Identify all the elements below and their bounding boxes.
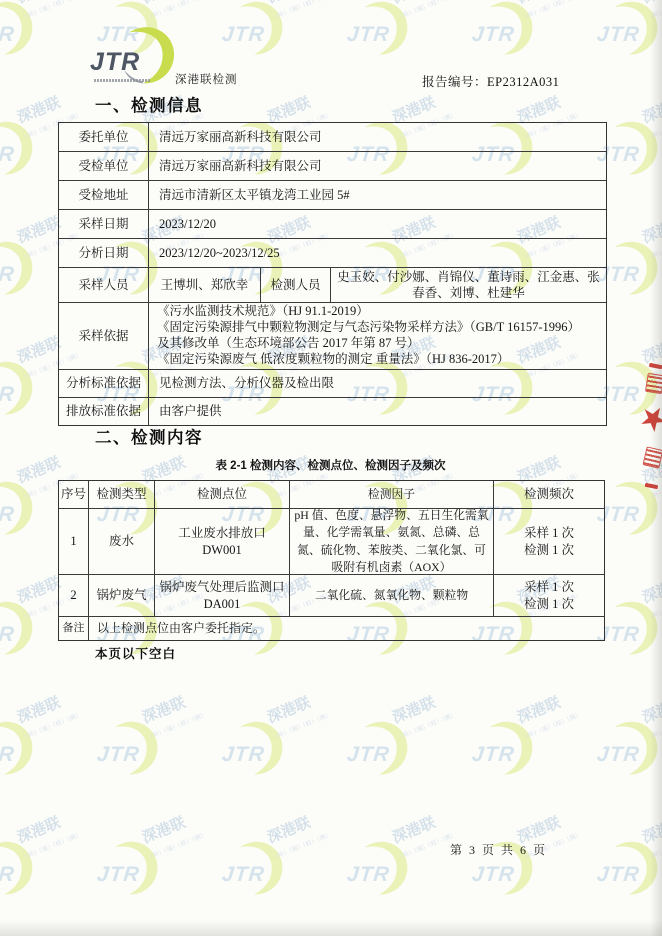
basis-label: 采样依据	[59, 303, 148, 369]
basis-line: 《固定污染源排气中颗粒物测定与气态污染物采样方法》（GB/T 16157-199…	[157, 320, 580, 336]
cell-type: 废水	[88, 509, 154, 574]
report-number: 报告编号：EP2312A031	[422, 72, 559, 90]
logo-company-name: 深港联检测	[175, 71, 238, 87]
watermark-jtr-text: JTR	[346, 863, 391, 887]
watermark-unit: JTR深港联（环）（境）（检）（测）	[0, 815, 95, 935]
watermark-jtr-text: JTR	[596, 863, 641, 887]
watermark-company-text: 深港联	[514, 691, 564, 727]
samplers-label: 采样人员	[59, 268, 148, 302]
watermark-sub-text: （环）（境）（检）（测）	[271, 0, 333, 21]
table2-caption: 表 2-1 检测内容、检测点位、检测因子及频次	[58, 457, 603, 473]
content-table: 序号 检测类型 检测点位 检测因子 检测频次 1 废水 工业废水排放口 DW00…	[58, 480, 605, 641]
row-label: 分析日期	[59, 239, 148, 267]
watermark-jtr-text: JTR	[346, 23, 391, 47]
samplers-names: 王博圳、郑欣幸	[148, 268, 260, 302]
cell-factors: pH 值、色度、悬浮物、五日生化需氧量、化学需氧量、氨氮、总磷、总氮、硫化物、苯…	[289, 509, 493, 574]
note-label: 备注	[59, 617, 88, 640]
watermark-company-text: 深港联	[389, 691, 439, 727]
column-header: 检测频次	[493, 481, 604, 508]
table-row: 受检单位清远万家丽高新科技有限公司	[59, 151, 606, 180]
table-row: 1 废水 工业废水排放口 DW001 pH 值、色度、悬浮物、五日生化需氧量、化…	[59, 508, 604, 574]
cell-frequency: 采样 1 次 检测 1 次	[493, 509, 604, 574]
watermark-unit: JTR深港联（环）（境）（检）（测）	[345, 695, 470, 815]
watermark-company-text: 深港联	[14, 91, 64, 127]
column-header: 检测因子	[289, 481, 493, 508]
watermark-jtr-text: JTR	[96, 743, 141, 767]
table-header-row: 序号 检测类型 检测点位 检测因子 检测频次	[59, 481, 604, 508]
note-value: 以上检测点位由客户委托指定。	[88, 617, 604, 640]
testers-label: 检测人员	[260, 268, 330, 302]
row-label: 采样日期	[59, 210, 148, 238]
row-label: 受检单位	[59, 152, 148, 180]
end-of-page-note: 本页以下空白	[95, 644, 176, 662]
table-row: 分析标准依据见检测方法、分析仪器及检出限	[59, 369, 606, 397]
watermark-company-text: 深港联	[14, 451, 64, 487]
watermark-sub-text: （环）（境）（检）（测）	[21, 0, 83, 21]
watermark-unit: JTR深港联（环）（境）（检）（测）	[470, 815, 595, 935]
watermark-jtr-text: JTR	[0, 143, 16, 167]
watermark-company-text: 深港联	[264, 811, 314, 847]
cell-frequency: 采样 1 次 检测 1 次	[493, 575, 604, 616]
scan-edge-shadow	[650, 0, 662, 936]
row-value: 见检测方法、分析仪器及检出限	[148, 370, 606, 397]
row-value: 2023/12/20~2023/12/25	[148, 239, 606, 267]
watermark-unit: JTR深港联（环）（境）（检）（测）	[95, 815, 220, 935]
table-row-personnel: 采样人员 王博圳、郑欣幸 检测人员 史玉姣、付沙娜、肖锦仪、董诗雨、江金惠、张春…	[59, 267, 606, 302]
watermark-jtr-text: JTR	[0, 383, 16, 407]
page-number: 第 3 页 共 6 页	[450, 841, 547, 858]
watermark-sub-text: （环）（境）（检）（测）	[396, 710, 458, 742]
watermark-company-text: 深港联	[14, 691, 64, 727]
column-header: 检测类型	[88, 481, 154, 508]
watermark-jtr-text: JTR	[221, 23, 266, 47]
table-row: 2 锅炉废气 锅炉废气处理后监测口 DA001 二氧化硫、氮氧化物、颗粒物 采样…	[59, 574, 604, 616]
table-row: 采样日期2023/12/20	[59, 209, 606, 238]
watermark-jtr-text: JTR	[0, 743, 16, 767]
watermark-sub-text: （环）（境）（检）（测）	[271, 710, 333, 742]
watermark-company-text: 深港联	[14, 0, 64, 8]
watermark-company-text: 深港联	[514, 0, 564, 8]
watermark-unit: JTR深港联（环）（境）（检）（测）	[0, 695, 95, 815]
watermark-company-text: 深港联	[139, 0, 189, 8]
basis-line: 《固定污染源废气 低浓度颗粒物的测定 重量法》（HJ 836-2017）	[157, 352, 509, 368]
table-row-basis: 采样依据 《污水监测技术规范》（HJ 91.1-2019） 《固定污染源排气中颗…	[59, 302, 606, 369]
watermark-sub-text: （环）（境）（检）（测）	[521, 710, 583, 742]
column-header: 序号	[59, 481, 88, 508]
watermark-jtr-text: JTR	[0, 863, 16, 887]
report-number-label: 报告编号：	[422, 75, 487, 89]
watermark-unit: JTR深港联（环）（境）（检）（测）	[220, 0, 345, 95]
watermark-jtr-text: JTR	[346, 743, 391, 767]
cell-no: 2	[59, 575, 88, 616]
watermark-jtr-text: JTR	[96, 863, 141, 887]
watermark-company-text: 深港联	[389, 0, 439, 8]
row-value: 清远市清新区太平镇龙湾工业园 5#	[148, 181, 606, 209]
scan-edge-shadow	[0, 920, 662, 936]
watermark-sub-text: （环）（境）（检）（测）	[396, 830, 458, 862]
basis-line: 及其修改单（生态环境部公告 2017 年第 87 号）	[157, 336, 420, 352]
watermark-company-text: 深港联	[139, 691, 189, 727]
testers-names: 史玉姣、付沙娜、肖锦仪、董诗雨、江金惠、张春香、刘博、杜建华	[330, 268, 606, 302]
watermark-sub-text: （环）（境）（检）（测）	[21, 710, 83, 742]
row-value: 清远万家丽高新科技有限公司	[148, 123, 606, 151]
watermark-company-text: 深港联	[389, 811, 439, 847]
watermark-company-text: 深港联	[14, 571, 64, 607]
row-label: 受检地址	[59, 181, 148, 209]
watermark-sub-text: （环）（境）（检）（测）	[146, 710, 208, 742]
watermark-sub-text: （环）（境）（检）（测）	[146, 830, 208, 862]
row-label: 分析标准依据	[59, 370, 148, 397]
watermark-jtr-text: JTR	[221, 743, 266, 767]
watermark-jtr-text: JTR	[596, 743, 641, 767]
watermark-sub-text: （环）（境）（检）（测）	[271, 830, 333, 862]
watermark-sub-text: （环）（境）（检）（测）	[146, 0, 208, 21]
watermark-sub-text: （环）（境）（检）（测）	[21, 830, 83, 862]
watermark-company-text: 深港联	[264, 691, 314, 727]
table-row: 受检地址清远市清新区太平镇龙湾工业园 5#	[59, 180, 606, 209]
watermark-jtr-text: JTR	[0, 623, 16, 647]
basis-line: 《污水监测技术规范》（HJ 91.1-2019）	[157, 304, 369, 320]
watermark-company-text: 深港联	[14, 811, 64, 847]
watermark-jtr-text: JTR	[0, 503, 16, 527]
section1-title: 一、检测信息	[95, 92, 203, 116]
cell-point: 锅炉废气处理后监测口 DA001	[154, 575, 289, 616]
cell-no: 1	[59, 509, 88, 574]
table-row: 排放标准依据由客户提供	[59, 397, 606, 425]
report-page: JTR深港联（环）（境）（检）（测）JTR深港联（环）（境）（检）（测）JTR深…	[0, 0, 662, 936]
basis-value: 《污水监测技术规范》（HJ 91.1-2019） 《固定污染源排气中颗粒物测定与…	[148, 303, 606, 369]
watermark-jtr-text: JTR	[471, 743, 516, 767]
cell-type: 锅炉废气	[88, 575, 154, 616]
watermark-jtr-text: JTR	[471, 23, 516, 47]
watermark-company-text: 深港联	[14, 211, 64, 247]
watermark-jtr-text: JTR	[221, 863, 266, 887]
watermark-unit: JTR深港联（环）（境）（检）（测）	[470, 695, 595, 815]
watermark-jtr-text: JTR	[0, 263, 16, 287]
watermark-jtr-text: JTR	[471, 863, 516, 887]
cell-factors: 二氧化硫、氮氧化物、颗粒物	[289, 575, 493, 616]
watermark-unit: JTR深港联（环）（境）（检）（测）	[220, 815, 345, 935]
watermark-jtr-text: JTR	[596, 23, 641, 47]
watermark-company-text: 深港联	[139, 811, 189, 847]
table-row: 分析日期2023/12/20~2023/12/25	[59, 238, 606, 267]
watermark-sub-text: （环）（境）（检）（测）	[396, 0, 458, 21]
logo-jtr-text: JTR	[90, 48, 140, 77]
watermark-jtr-text: JTR	[0, 23, 16, 47]
watermark-company-text: 深港联	[14, 331, 64, 367]
section2-title: 二、检测内容	[95, 424, 203, 448]
row-value: 清远万家丽高新科技有限公司	[148, 152, 606, 180]
logo-small-print	[94, 79, 150, 82]
watermark-unit: JTR深港联（环）（境）（检）（测）	[220, 695, 345, 815]
row-label: 委托单位	[59, 123, 148, 151]
table-note-row: 备注 以上检测点位由客户委托指定。	[59, 616, 604, 640]
watermark-unit: JTR深港联（环）（境）（检）（测）	[95, 695, 220, 815]
table-row: 委托单位清远万家丽高新科技有限公司	[59, 123, 606, 151]
watermark-unit: JTR深港联（环）（境）（检）（测）	[345, 815, 470, 935]
cell-point: 工业废水排放口 DW001	[154, 509, 289, 574]
row-value: 由客户提供	[148, 398, 606, 425]
row-value: 2023/12/20	[148, 210, 606, 238]
info-table: 委托单位清远万家丽高新科技有限公司 受检单位清远万家丽高新科技有限公司 受检地址…	[58, 122, 607, 426]
watermark-company-text: 深港联	[264, 0, 314, 8]
report-number-value: EP2312A031	[487, 75, 559, 89]
watermark-sub-text: （环）（境）（检）（测）	[521, 0, 583, 21]
row-label: 排放标准依据	[59, 398, 148, 425]
column-header: 检测点位	[154, 481, 289, 508]
watermark-unit: JTR深港联（环）（境）（检）（测）	[0, 0, 95, 95]
